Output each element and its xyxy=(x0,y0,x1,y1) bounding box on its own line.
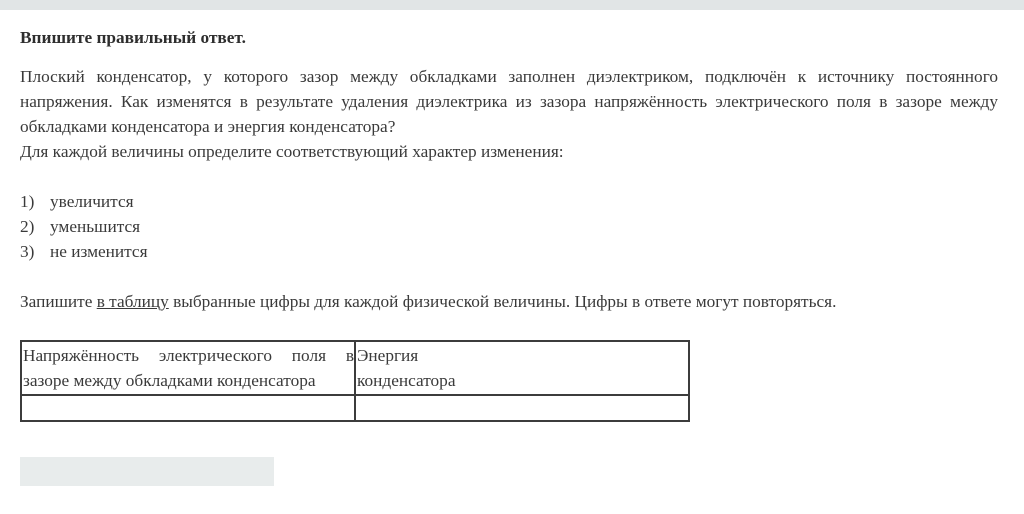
table-header-row: Напряжённость электрического поля в зазо… xyxy=(21,341,689,395)
options-list: 1) увеличится 2) уменьшится 3) не измени… xyxy=(20,189,998,264)
task-content: Впишите правильный ответ. Плоский конден… xyxy=(20,24,998,314)
table-header-cell: Напряжённость электрического поля в зазо… xyxy=(21,341,355,395)
header-field-strength: Напряжённость электрического поля в зазо… xyxy=(22,342,354,394)
table-header-cell: Энергия конденсатора xyxy=(355,341,689,395)
option-item: 2) уменьшится xyxy=(20,214,998,239)
answer-table: Напряжённость электрического поля в зазо… xyxy=(20,340,690,422)
question-text: Плоский конденсатор, у которого зазор ме… xyxy=(20,64,998,139)
option-label: увеличится xyxy=(50,189,134,214)
task-instruction: Впишите правильный ответ. xyxy=(20,24,998,52)
answer-input[interactable] xyxy=(20,457,274,486)
write-prefix: Запишите xyxy=(20,292,97,311)
prompt-text: Для каждой величины определите соответст… xyxy=(20,139,998,164)
option-number: 3) xyxy=(20,239,50,264)
option-number: 2) xyxy=(20,214,50,239)
option-label: не изменится xyxy=(50,239,148,264)
top-bar xyxy=(0,0,1024,10)
option-item: 3) не изменится xyxy=(20,239,998,264)
table-link[interactable]: в таблицу xyxy=(97,292,169,311)
answer-cell-field-strength[interactable] xyxy=(21,395,355,421)
header-energy: Энергия конденсатора xyxy=(356,342,467,394)
option-number: 1) xyxy=(20,189,50,214)
write-instruction: Запишите в таблицу выбранные цифры для к… xyxy=(20,289,998,314)
table-answer-row xyxy=(21,395,689,421)
option-item: 1) увеличится xyxy=(20,189,998,214)
write-suffix: выбранные цифры для каждой физической ве… xyxy=(169,292,837,311)
answer-cell-energy[interactable] xyxy=(355,395,689,421)
option-label: уменьшится xyxy=(50,214,140,239)
